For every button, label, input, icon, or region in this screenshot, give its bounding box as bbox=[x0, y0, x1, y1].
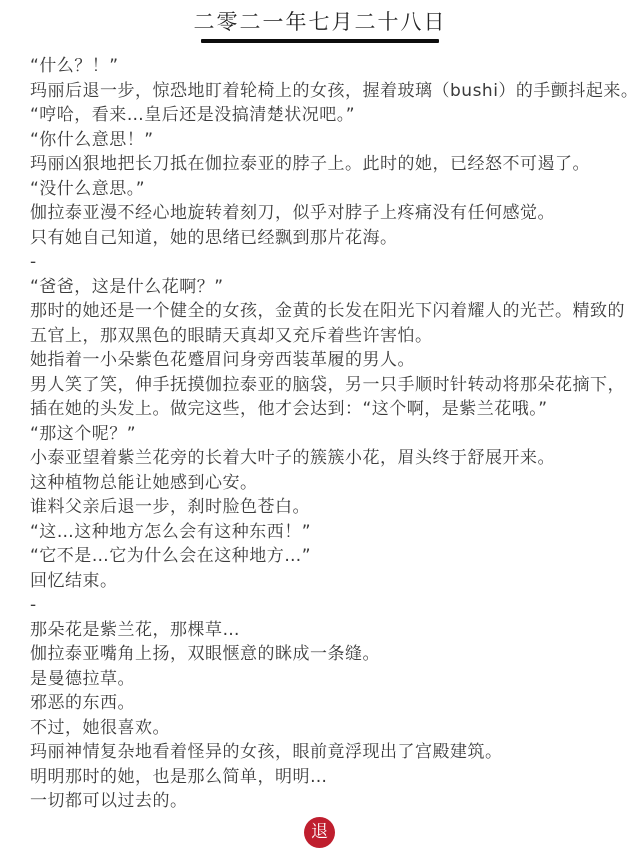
story-line: 玛丽神情复杂地看着怪异的女孩，眼前竟浮现出了宫殿建筑。 bbox=[30, 740, 614, 765]
story-line: “哼哈，看来…皇后还是没搞清楚状况吧。” bbox=[30, 103, 614, 128]
story-line: 玛丽凶狠地把长刀抵在伽拉泰亚的脖子上。此时的她，已经怒不可遏了。 bbox=[30, 152, 614, 177]
story-line: “你什么意思！” bbox=[30, 128, 614, 153]
story-line: 她指着一小朵紫色花蹙眉问身旁西装革履的男人。 bbox=[30, 348, 614, 373]
story-line: 谁料父亲后退一步，刹时脸色苍白。 bbox=[30, 495, 614, 520]
story-line: “这…这种地方怎么会有这种东西！” bbox=[30, 520, 614, 545]
story-line: 玛丽后退一步，惊恐地盯着轮椅上的女孩，握着玻璃（bushi）的手颤抖起来。 bbox=[30, 79, 614, 104]
story-line: “那这个呢？” bbox=[30, 422, 614, 447]
story-line: 伽拉泰亚嘴角上扬，双眼惬意的眯成一条缝。 bbox=[30, 642, 614, 667]
story-text: “什么？！”玛丽后退一步，惊恐地盯着轮椅上的女孩，握着玻璃（bushi）的手颤抖… bbox=[30, 54, 614, 814]
story-line: 那朵花是紫兰花，那棵草… bbox=[30, 618, 614, 643]
title-underline bbox=[201, 39, 439, 43]
back-button[interactable]: 退 bbox=[304, 817, 335, 848]
story-line: 一切都可以过去的。 bbox=[30, 789, 614, 814]
title-block: 二零二一年七月二十八日 bbox=[0, 6, 640, 43]
story-line: 那时的她还是一个健全的女孩，金黄的长发在阳光下闪着耀人的光芒。精致的 bbox=[30, 299, 614, 324]
story-line: - bbox=[30, 593, 614, 618]
story-line: 插在她的头发上。做完这些，他才会达到：“这个啊，是紫兰花哦。” bbox=[30, 397, 614, 422]
story-line: 只有她自己知道，她的思绪已经飘到那片花海。 bbox=[30, 226, 614, 251]
page-title: 二零二一年七月二十八日 bbox=[194, 6, 447, 36]
story-line: 不过，她很喜欢。 bbox=[30, 716, 614, 741]
story-line: “什么？！” bbox=[30, 54, 614, 79]
story-line: 回忆结束。 bbox=[30, 569, 614, 594]
story-line: “没什么意思。” bbox=[30, 177, 614, 202]
story-line: 明明那时的她，也是那么简单，明明… bbox=[30, 765, 614, 790]
story-line: 这种植物总能让她感到心安。 bbox=[30, 471, 614, 496]
back-button-label: 退 bbox=[311, 824, 328, 841]
story-line: 男人笑了笑，伸手抚摸伽拉泰亚的脑袋，另一只手顺时针转动将那朵花摘下， bbox=[30, 373, 614, 398]
story-line: 是曼德拉草。 bbox=[30, 667, 614, 692]
story-line: - bbox=[30, 250, 614, 275]
story-line: “爸爸，这是什么花啊？” bbox=[30, 275, 614, 300]
story-line: 伽拉泰亚漫不经心地旋转着刻刀，似乎对脖子上疼痛没有任何感觉。 bbox=[30, 201, 614, 226]
story-line: 小泰亚望着紫兰花旁的长着大叶子的簇簇小花，眉头终于舒展开来。 bbox=[30, 446, 614, 471]
story-line: “它不是…它为什么会在这种地方…” bbox=[30, 544, 614, 569]
diary-page: 二零二一年七月二十八日 “什么？！”玛丽后退一步，惊恐地盯着轮椅上的女孩，握着玻… bbox=[0, 0, 640, 853]
story-line: 五官上，那双黑色的眼睛天真却又充斥着些许害怕。 bbox=[30, 324, 614, 349]
story-line: 邪恶的东西。 bbox=[30, 691, 614, 716]
